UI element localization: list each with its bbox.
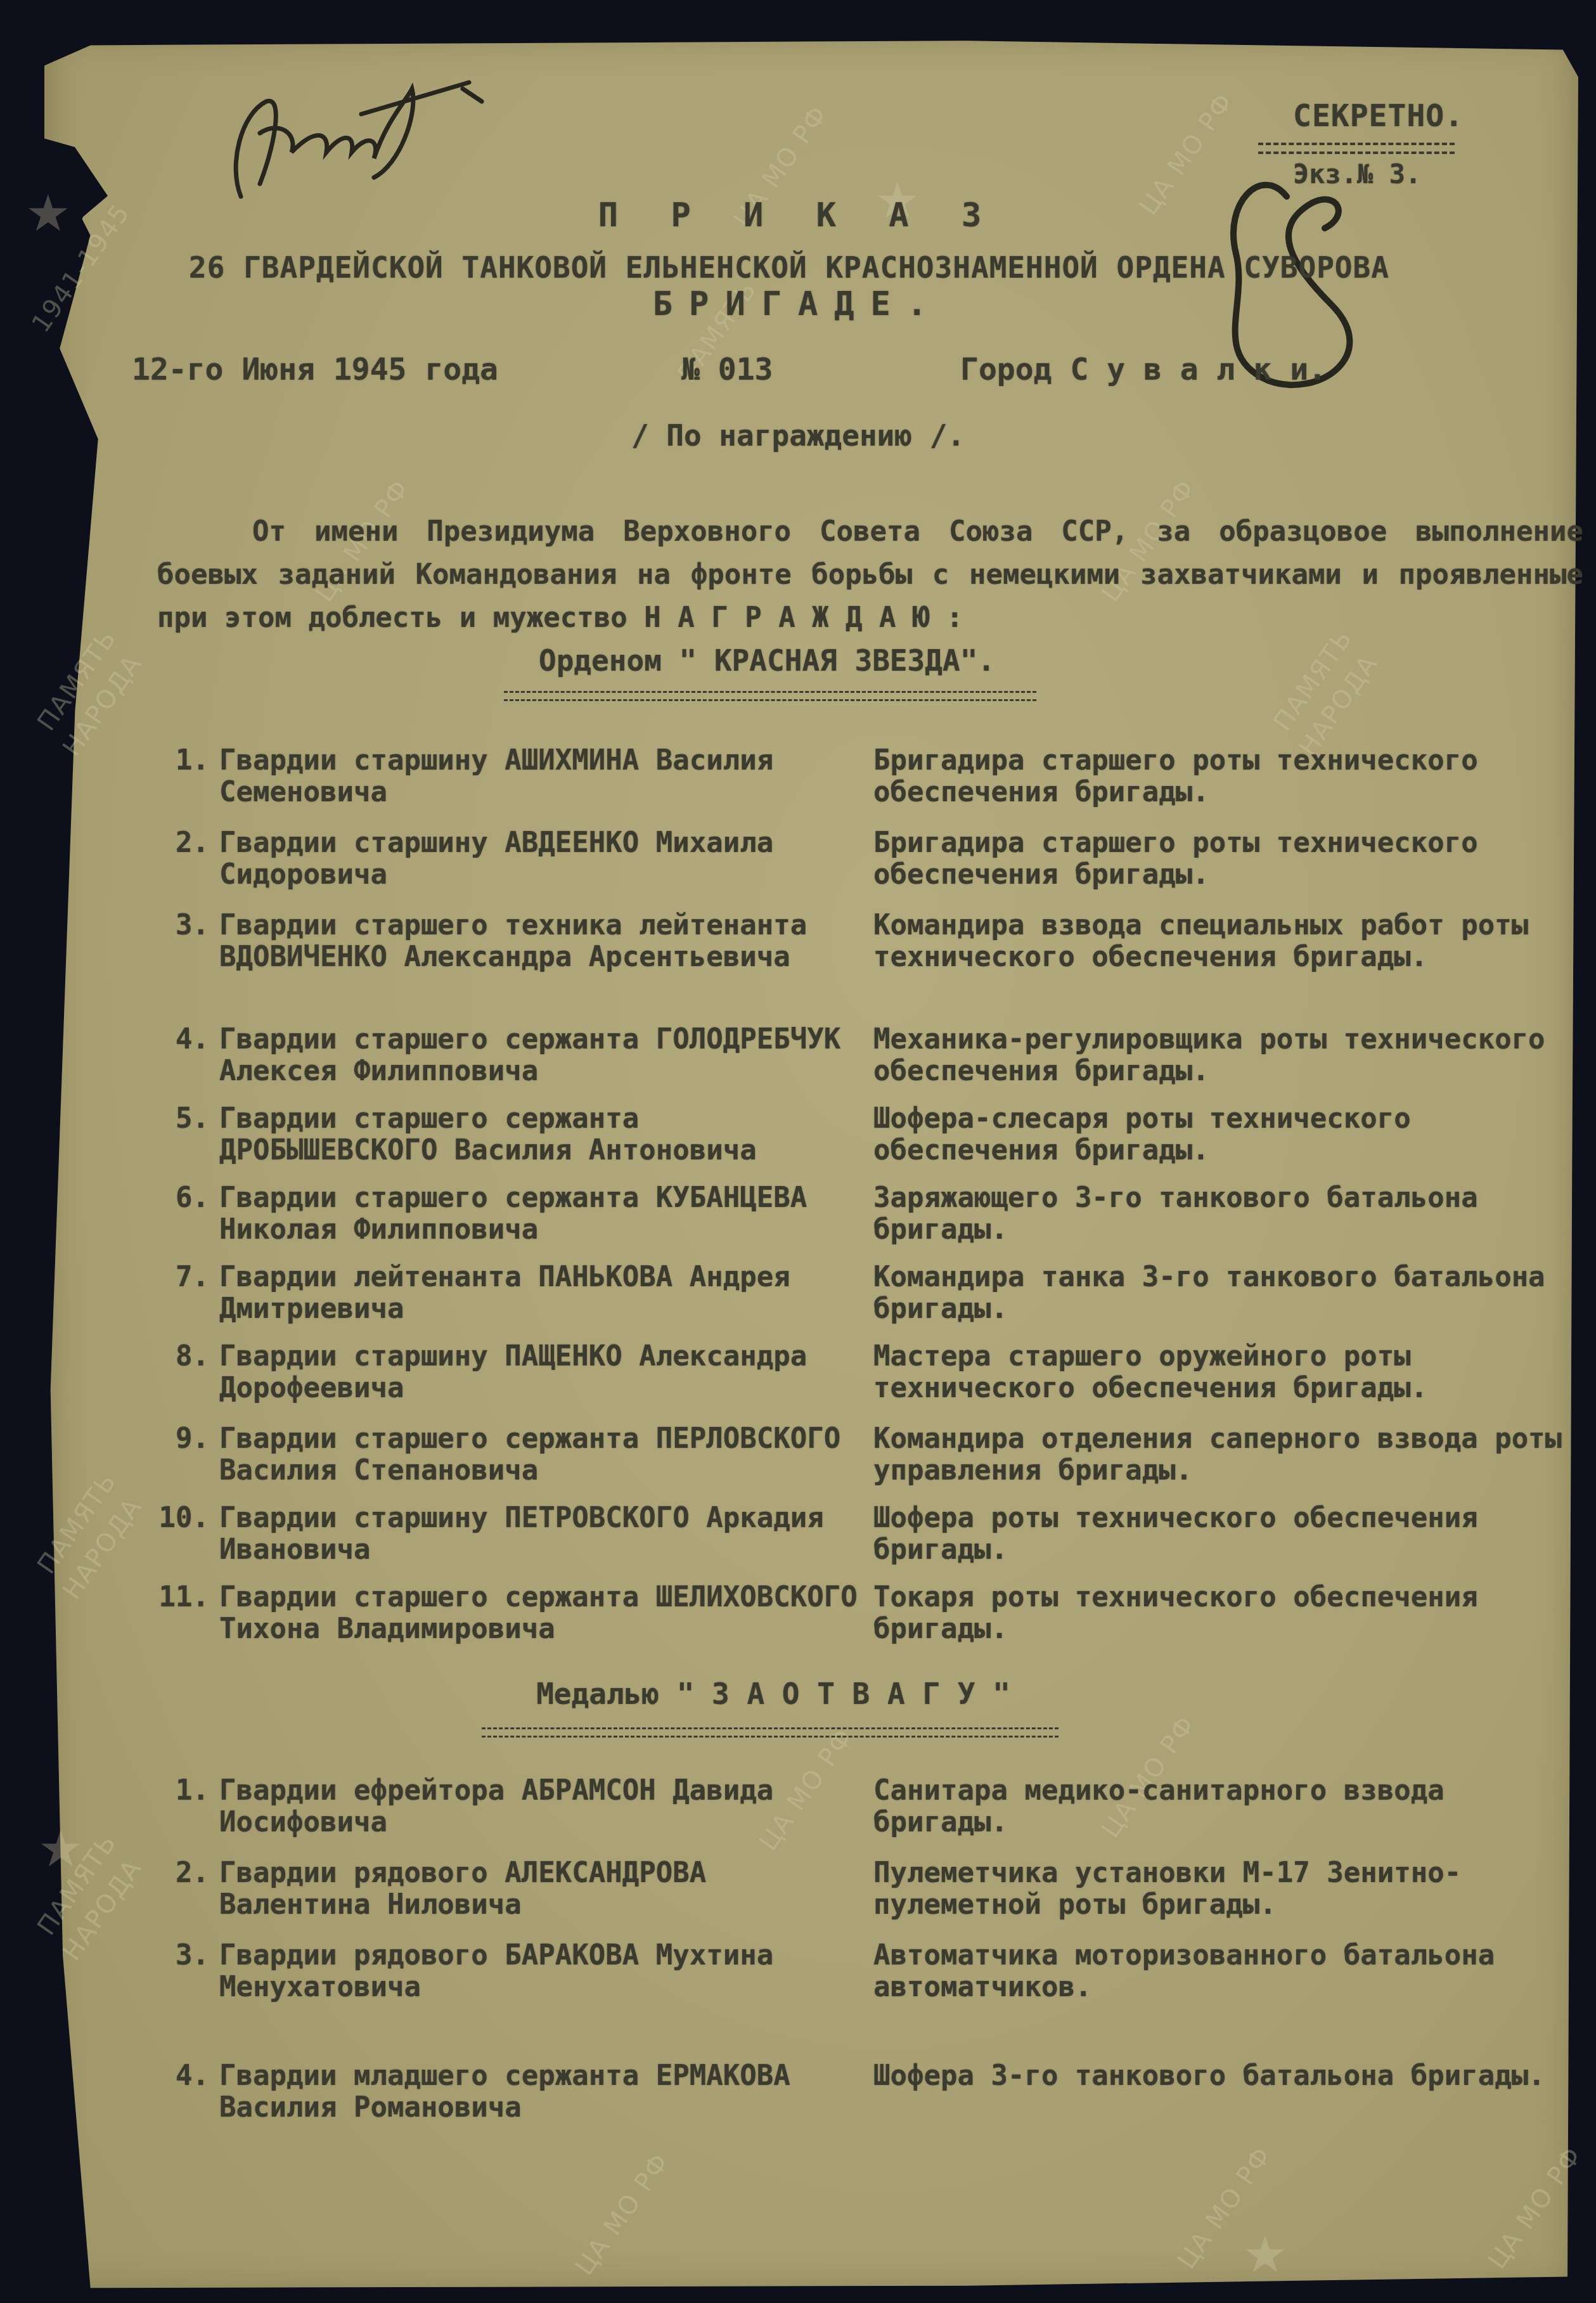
award-entry: 5. Гвардии старшего сержанта ДРОБЫШЕВСКО… bbox=[152, 1103, 1572, 1166]
entry-recipient: Гвардии старшего сержанта КУБАНЦЕВА Нико… bbox=[219, 1182, 873, 1246]
entry-position: Мастера старшего оружейного роты техниче… bbox=[873, 1341, 1571, 1404]
entry-number: 2. bbox=[152, 1857, 219, 1921]
award-entry: 6. Гвардии старшего сержанта КУБАНЦЕВА Н… bbox=[152, 1182, 1572, 1246]
entry-position: Командира танка 3-го танкового батальона… bbox=[873, 1261, 1571, 1325]
award-entry: 7. Гвардии лейтенанта ПАНЬКОВА Андрея Дм… bbox=[152, 1261, 1572, 1325]
order-date: 12-го Июня 1945 года bbox=[132, 352, 498, 387]
award-heading-bravery-medal: Медалью " З А О Т В А Г У " bbox=[488, 1677, 1059, 1711]
entry-recipient: Гвардии ефрейтора АБРАМСОН Давида Иосифо… bbox=[219, 1775, 873, 1838]
entry-number: 1. bbox=[152, 1775, 219, 1838]
award-entry: 11. Гвардии старшего сержанта ШЕЛИХОВСКО… bbox=[152, 1582, 1572, 1645]
entry-number: 11. bbox=[152, 1582, 219, 1645]
entry-recipient: Гвардии старшего сержанта ПЕРЛОВСКОГО Ва… bbox=[219, 1423, 873, 1487]
entry-position: Командира взвода специальных работ роты … bbox=[873, 910, 1571, 973]
entry-position: Бригадира старшего роты технического обе… bbox=[873, 745, 1571, 808]
entry-number: 2. bbox=[152, 827, 219, 891]
unit-name-continued: БРИГАДЕ. bbox=[0, 285, 1596, 323]
signature-scribble bbox=[216, 76, 501, 216]
entry-position: Механика-регулировщика роты технического… bbox=[873, 1024, 1571, 1087]
entry-recipient: Гвардии старшину АВДЕЕНКО Михаила Сидоро… bbox=[219, 827, 873, 891]
entry-number: 8. bbox=[152, 1341, 219, 1404]
award-entry: 1. Гвардии ефрейтора АБРАМСОН Давида Иос… bbox=[152, 1775, 1572, 1838]
watermark-star-icon: ★ bbox=[38, 1819, 84, 1878]
entry-number: 6. bbox=[152, 1182, 219, 1246]
entry-recipient: Гвардии старшину ПАЩЕНКО Александра Доро… bbox=[219, 1341, 873, 1404]
award-entry: 3. Гвардии старшего техника лейтенанта В… bbox=[152, 910, 1572, 973]
award-entry: 9. Гвардии старшего сержанта ПЕРЛОВСКОГО… bbox=[152, 1423, 1572, 1487]
entry-recipient: Гвардии старшего техника лейтенанта ВДОВ… bbox=[219, 910, 873, 973]
entry-recipient: Гвардии старшину АШИХМИНА Василия Семено… bbox=[219, 745, 873, 808]
entry-position: Шофера-слесаря роты технического обеспеч… bbox=[873, 1103, 1571, 1166]
entry-recipient: Гвардии старшего сержанта ГОЛОДРЕБЧУК Ал… bbox=[219, 1024, 873, 1087]
entry-number: 4. bbox=[152, 2060, 219, 2124]
award-entry: 2. Гвардии рядового АЛЕКСАНДРОВА Валенти… bbox=[152, 1857, 1572, 1921]
award-heading-rule bbox=[482, 1727, 1059, 1738]
order-number: № 013 bbox=[681, 352, 773, 387]
entry-number: 3. bbox=[152, 910, 219, 973]
entry-position: Шофера 3-го танкового батальона бригады. bbox=[873, 2060, 1571, 2124]
entry-position: Токаря роты технического обеспечения бри… bbox=[873, 1582, 1571, 1645]
award-heading-red-star: Орденом " КРАСНАЯ ЗВЕЗДА". bbox=[494, 643, 1039, 678]
award-entry: 1. Гвардии старшину АШИХМИНА Василия Сем… bbox=[152, 745, 1572, 808]
entry-position: Командира отделения саперного взвода рот… bbox=[873, 1423, 1571, 1487]
entry-recipient: Гвардии рядового БАРАКОВА Мухтина Менуха… bbox=[219, 1940, 873, 2003]
unit-name: 26 ГВАРДЕЙСКОЙ ТАНКОВОЙ ЕЛЬНЕНСКОЙ КРАСН… bbox=[124, 250, 1455, 285]
entry-position: Пулеметчика установки М-17 Зенитно-пулем… bbox=[873, 1857, 1571, 1921]
entry-recipient: Гвардии младшего сержанта ЕРМАКОВА Васил… bbox=[219, 2060, 873, 2124]
entry-recipient: Гвардии лейтенанта ПАНЬКОВА Андрея Дмитр… bbox=[219, 1261, 873, 1325]
order-city: Город С у в а л к и. bbox=[960, 352, 1327, 387]
award-heading-rule bbox=[504, 691, 1036, 701]
award-entry: 4. Гвардии младшего сержанта ЕРМАКОВА Ва… bbox=[152, 2060, 1572, 2124]
entry-number: 9. bbox=[152, 1423, 219, 1487]
entry-position: Шофера роты технического обеспечения бри… bbox=[873, 1502, 1571, 1566]
entry-position: Бригадира старшего роты технического обе… bbox=[873, 827, 1571, 891]
entry-number: 1. bbox=[152, 745, 219, 808]
award-entry: 8. Гвардии старшину ПАЩЕНКО Александра Д… bbox=[152, 1341, 1572, 1404]
watermark-star-icon: ★ bbox=[1242, 2225, 1288, 2284]
classification-label: СЕКРЕТНО. bbox=[1293, 98, 1464, 134]
entry-number: 7. bbox=[152, 1261, 219, 1325]
entry-position: Заряжающего 3-го танкового батальона бри… bbox=[873, 1182, 1571, 1246]
order-subject: / По награждению /. bbox=[0, 418, 1596, 453]
award-entry: 2. Гвардии старшину АВДЕЕНКО Михаила Сид… bbox=[152, 827, 1572, 891]
award-entry: 4. Гвардии старшего сержанта ГОЛОДРЕБЧУК… bbox=[152, 1024, 1572, 1087]
entry-recipient: Гвардии старшего сержанта ДРОБЫШЕВСКОГО … bbox=[219, 1103, 873, 1166]
award-entry: 10. Гвардии старшину ПЕТРОВСКОГО Аркадия… bbox=[152, 1502, 1572, 1566]
entry-number: 10. bbox=[152, 1502, 219, 1566]
entry-position: Автоматчика моторизованного батальона ав… bbox=[873, 1940, 1571, 2003]
entry-number: 3. bbox=[152, 1940, 219, 2003]
entry-position: Санитара медико-санитарного взвода брига… bbox=[873, 1775, 1571, 1838]
entry-recipient: Гвардии старшего сержанта ШЕЛИХОВСКОГО Т… bbox=[219, 1582, 873, 1645]
document-title: П Р И К А З bbox=[0, 197, 1596, 235]
entry-recipient: Гвардии рядового АЛЕКСАНДРОВА Валентина … bbox=[219, 1857, 873, 1921]
order-preamble: От имени Президиума Верховного Совета Со… bbox=[157, 510, 1583, 640]
award-entry: 3. Гвардии рядового БАРАКОВА Мухтина Мен… bbox=[152, 1940, 1572, 2003]
entry-number: 4. bbox=[152, 1024, 219, 1087]
entry-number: 5. bbox=[152, 1103, 219, 1166]
entry-recipient: Гвардии старшину ПЕТРОВСКОГО Аркадия Ива… bbox=[219, 1502, 873, 1566]
